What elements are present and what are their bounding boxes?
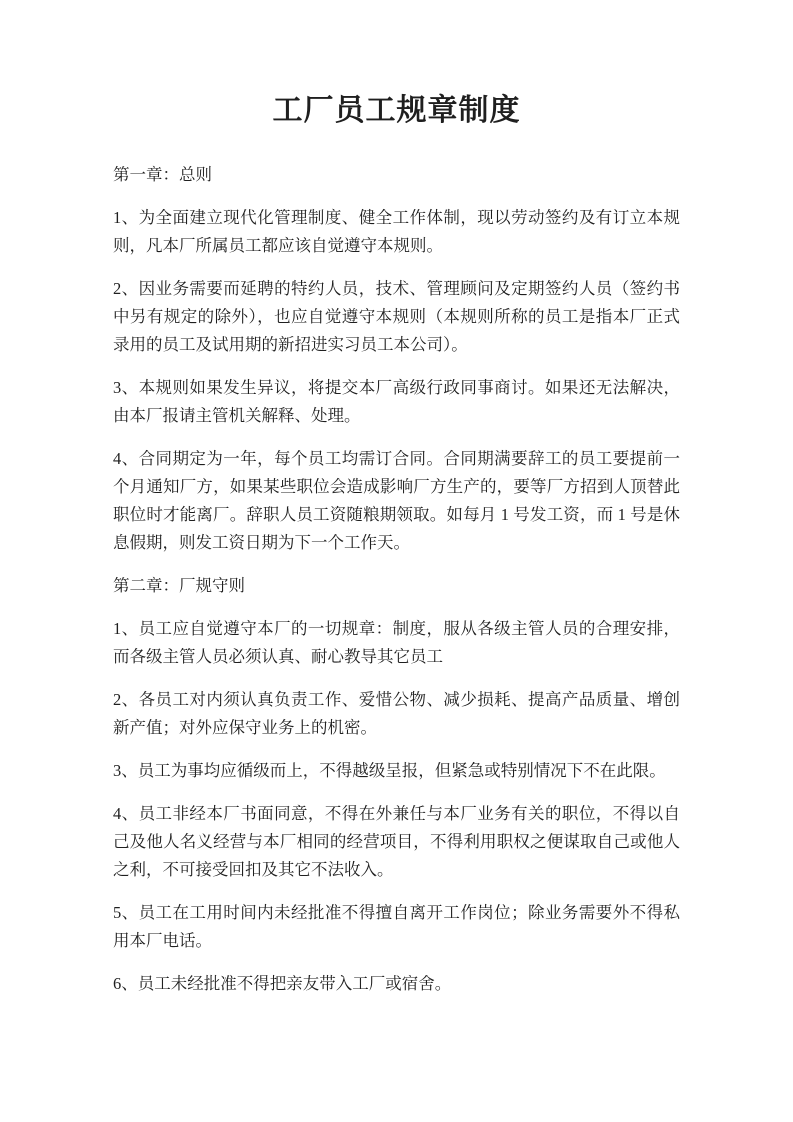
document-title: 工厂员工规章制度	[113, 93, 680, 129]
chapter-1-paragraph-3: 3、本规则如果发生异议，将提交本厂高级行政同事商讨。如果还无法解决，由本厂报请主…	[113, 374, 680, 430]
document-page: 工厂员工规章制度 第一章：总则 1、为全面建立现代化管理制度、健全工作体制，现以…	[0, 0, 793, 1122]
chapter-2-heading: 第二章：厂规守则	[113, 572, 680, 600]
chapter-1-paragraph-1: 1、为全面建立现代化管理制度、健全工作体制，现以劳动签约及有订立本规则，凡本厂所…	[113, 204, 680, 260]
document-body: 工厂员工规章制度 第一章：总则 1、为全面建立现代化管理制度、健全工作体制，现以…	[0, 93, 793, 998]
chapter-2-paragraph-4: 4、员工非经本厂书面同意，不得在外兼任与本厂业务有关的职位，不得以自己及他人名义…	[113, 800, 680, 884]
chapter-1-paragraph-2: 2、因业务需要而延聘的特约人员，技术、管理顾问及定期签约人员（签约书中另有规定的…	[113, 275, 680, 359]
chapter-2-paragraph-6: 6、员工未经批准不得把亲友带入工厂或宿舍。	[113, 970, 680, 998]
chapter-2-paragraph-1: 1、员工应自觉遵守本厂的一切规章：制度，服从各级主管人员的合理安排，而各级主管人…	[113, 615, 680, 671]
chapter-2-paragraph-2: 2、各员工对内须认真负责工作、爱惜公物、减少损耗、提高产品质量、增创新产值；对外…	[113, 686, 680, 742]
chapter-2-paragraph-5: 5、员工在工用时间内未经批准不得擅自离开工作岗位；除业务需要外不得私用本厂电话。	[113, 899, 680, 955]
chapter-1-heading: 第一章：总则	[113, 161, 680, 189]
chapter-1-paragraph-4: 4、合同期定为一年，每个员工均需订合同。合同期满要辞工的员工要提前一个月通知厂方…	[113, 445, 680, 557]
chapter-2-paragraph-3: 3、员工为事均应循级而上，不得越级呈报，但紧急或特别情况下不在此限。	[113, 757, 680, 785]
